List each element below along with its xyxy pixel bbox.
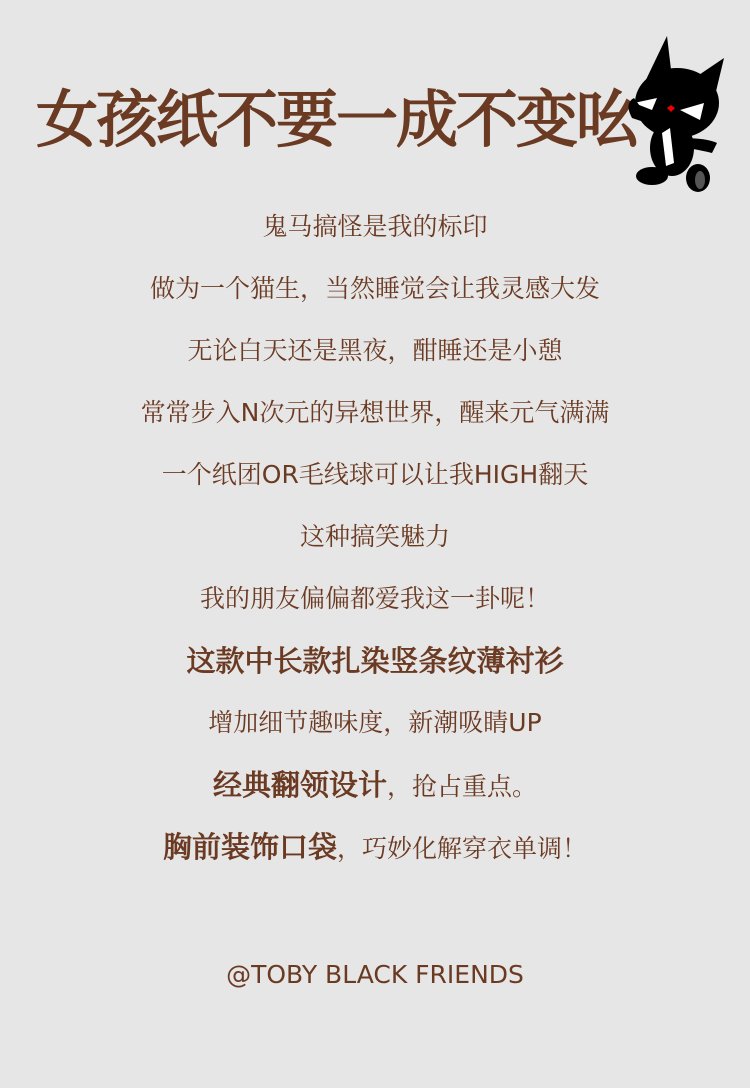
text-line: 我的朋友偏偏都爱我这一卦呢！ [0,577,750,639]
highlight-line: 胸前装饰口袋，巧妙化解穿衣单调！ [0,825,750,887]
highlight-line: 这款中长款扎染竖条纹薄衬衫 [0,639,750,701]
description-lines: 鬼马搞怪是我的标印 做为一个猫生，当然睡觉会让我灵感大发 无论白天还是黑夜，酣睡… [0,205,750,887]
black-cat-mascot-icon [612,28,732,198]
highlight-line: 经典翻领设计，抢占重点。 [0,763,750,825]
text-line: 做为一个猫生，当然睡觉会让我灵感大发 [0,267,750,329]
text-line: 鬼马搞怪是我的标印 [0,205,750,267]
text-line: 一个纸团OR毛线球可以让我HIGH翻天 [0,453,750,515]
text-line: 增加细节趣味度，新潮吸睛UP [0,701,750,763]
page-title: 女孩纸不要一成不变吆 [36,80,636,160]
brand-footer: @TOBY BLACK FRIENDS [0,960,750,989]
text-line: 这种搞笑魅力 [0,515,750,577]
text-line: 常常步入N次元的异想世界，醒来元气满满 [0,391,750,453]
text-line: 无论白天还是黑夜，酣睡还是小憩 [0,329,750,391]
